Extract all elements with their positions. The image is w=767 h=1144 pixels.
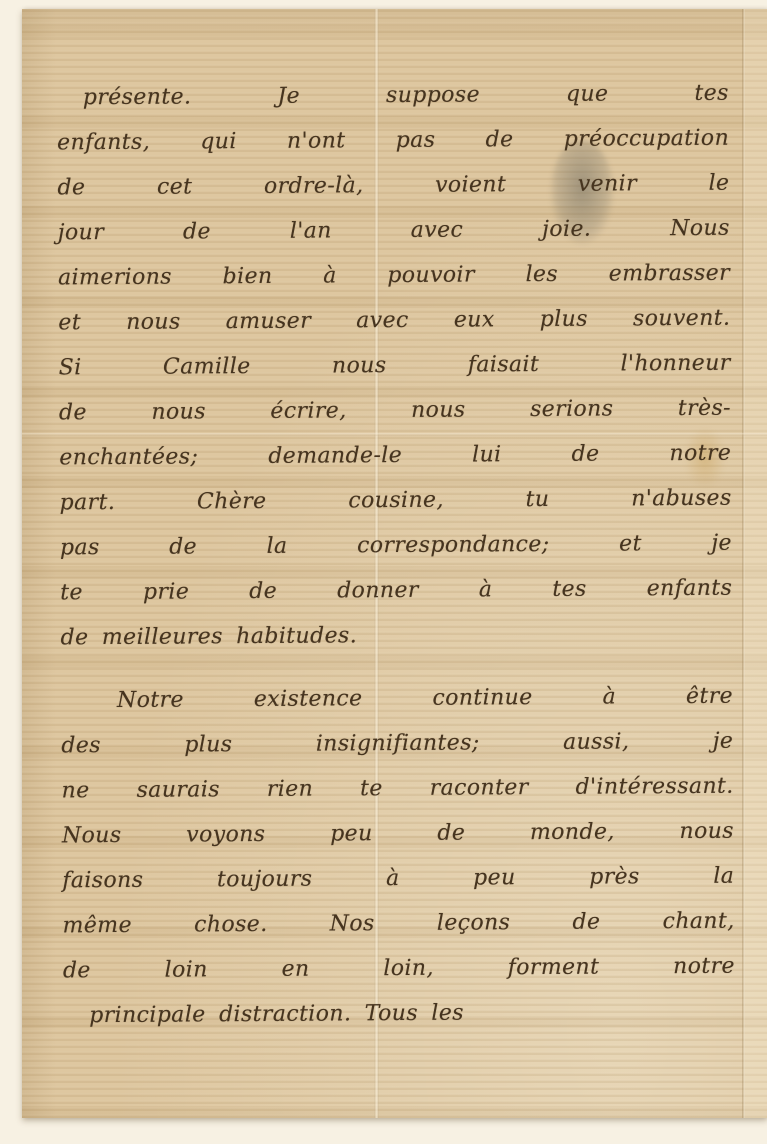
letter-line: de nous écrire, nous serions très- bbox=[59, 386, 731, 436]
letter-line: enchantées; demande-le lui de notre bbox=[59, 431, 731, 481]
letter-line: jour de l'an avec joie. Nous bbox=[58, 206, 730, 256]
paper-edge-strip bbox=[745, 9, 767, 1118]
letter-line: présente. Je suppose que tes bbox=[57, 71, 729, 121]
letter-line: de loin en loin, forment notre bbox=[63, 944, 735, 994]
letter-line: même chose. Nos leçons de chant, bbox=[62, 899, 734, 949]
letter-line: Notre existence continue à être bbox=[61, 674, 733, 724]
letter-line: aimerions bien à pouvoir les embrasser bbox=[58, 251, 730, 301]
letter-line: part. Chère cousine, tu n'abuses bbox=[59, 476, 731, 526]
letter-line: principale distraction. Tous les bbox=[63, 989, 735, 1039]
letter-line: pas de la correspondance; et je bbox=[60, 521, 732, 571]
scanned-letter-image: présente. Je suppose que tes enfants, qu… bbox=[0, 0, 767, 1144]
letter-line: ne saurais rien te raconter d'intéressan… bbox=[61, 764, 733, 814]
letter-page: présente. Je suppose que tes enfants, qu… bbox=[22, 9, 767, 1118]
letter-line: te prie de donner à tes enfants bbox=[60, 566, 732, 616]
letter-line: de cet ordre-là, voient venir le bbox=[57, 161, 729, 211]
letter-body: présente. Je suppose que tes enfants, qu… bbox=[57, 71, 736, 1039]
letter-line: et nous amuser avec eux plus souvent. bbox=[58, 296, 730, 346]
letter-line: de meilleures habitudes. bbox=[60, 611, 732, 661]
page-right-edge-crease bbox=[742, 9, 745, 1118]
letter-line: Si Camille nous faisait l'honneur bbox=[59, 341, 731, 391]
letter-line: des plus insignifiantes; aussi, je bbox=[61, 719, 733, 769]
letter-line: faisons toujours à peu près la bbox=[62, 854, 734, 904]
letter-line: Nous voyons peu de monde, nous bbox=[62, 809, 734, 859]
letter-line: enfants, qui n'ont pas de préoccupation bbox=[57, 116, 729, 166]
